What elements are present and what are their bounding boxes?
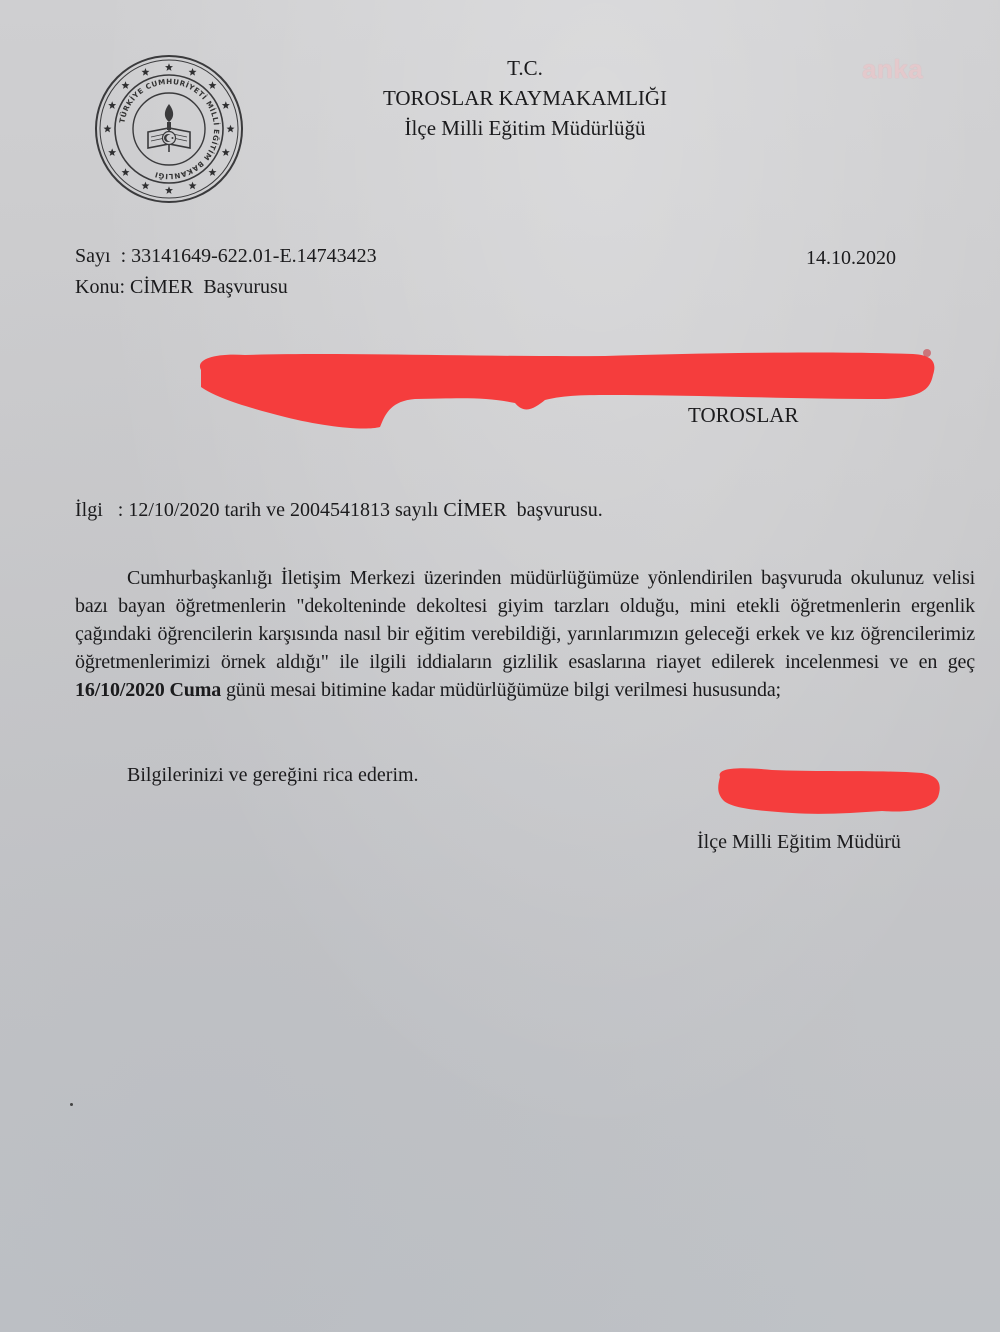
ilgi-text: 12/10/2020 tarih ve 2004541813 sayılı Cİ… (128, 499, 602, 521)
body-paragraph: Cumhurbaşkanlığı İletişim Merkezi üzerin… (75, 564, 975, 704)
sayi-label: Sayı (75, 245, 111, 267)
body-text-start: Cumhurbaşkanlığı İletişim Merkezi üzerin… (75, 567, 975, 673)
header-tc: T.C. (350, 56, 700, 81)
recipient-location: TOROSLAR (688, 403, 798, 428)
document-number: Sayı : 33141649-622.01-E.14743423 (75, 245, 377, 268)
header-directorate: İlçe Milli Eğitim Müdürlüğü (350, 116, 700, 141)
konu-value: CİMER Başvurusu (130, 276, 288, 298)
konu-label: Konu: (75, 276, 125, 298)
document-date: 14.10.2020 (806, 247, 896, 270)
signer-title: İlçe Milli Eğitim Müdürü (697, 831, 901, 854)
reference-line: İlgi : 12/10/2020 tarih ve 2004541813 sa… (75, 499, 603, 522)
recipient-redaction-mark (185, 345, 945, 435)
signature-redaction-mark (712, 763, 944, 823)
paper-speck (70, 1103, 73, 1106)
closing-line: Bilgilerinizi ve gereğini rica ederim. (127, 764, 419, 787)
anka-watermark: anka (862, 54, 923, 85)
sayi-value: 33141649-622.01-E.14743423 (131, 245, 377, 267)
deadline-date: 16/10/2020 Cuma (75, 679, 221, 701)
body-text-end: günü mesai bitimine kadar müdürlüğümüze … (226, 679, 781, 701)
document-subject: Konu: CİMER Başvurusu (75, 276, 288, 299)
header-kaymakamlik: TOROSLAR KAYMAKAMLIĞI (350, 86, 700, 111)
ilgi-label: İlgi (75, 499, 103, 521)
ministry-seal-icon: TÜRKİYE CUMHURİYETİ MİLLİ EĞİTİM BAKANLI… (92, 52, 246, 206)
